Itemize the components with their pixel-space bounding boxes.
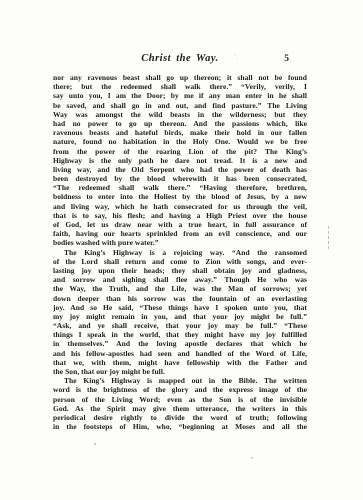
text-line: Highway is the only path he dare not tre…: [53, 156, 307, 165]
text-line: of God, let us draw near with a true hea…: [53, 220, 307, 229]
paragraph: The King’s Highway is a rejoicing way. “…: [53, 248, 307, 377]
text-line: and living way, which he hath consecrate…: [53, 202, 307, 211]
text-line: boldness to enter into the Holiest by th…: [53, 192, 307, 201]
text-line: living way, and the Old Serpent who had …: [53, 165, 307, 174]
text-line: that is to say, his flesh; and having a …: [53, 211, 307, 220]
text-line: The King’s Highway is a rejoicing way. “…: [53, 248, 307, 257]
text-line: down deeper than his sorrow was the foun…: [53, 294, 307, 303]
text-line: from the power of the roaring Lion of th…: [53, 147, 307, 156]
text-line: in themselves.” And the loving apostle d…: [53, 339, 307, 348]
text-line: nature, found no habitation in the Holy …: [53, 137, 307, 146]
text-line: joy. And so He said, “These things have …: [53, 303, 307, 312]
text-block: nor any ravenous beast shall go up there…: [53, 73, 307, 431]
running-header: Christ the Way. 5: [53, 52, 307, 66]
text-line: faith, having our hearts sprinkled from …: [53, 229, 307, 238]
text-line: the Way, the Truth, and the Life, was th…: [53, 284, 307, 293]
text-line: be saved, and shall go in and out, and f…: [53, 101, 307, 110]
text-line: the Son, that our joy might be full.: [53, 367, 307, 376]
text-line: in the footsteps of Him, who, “beginning…: [53, 422, 307, 431]
text-line: lasting joy upon their heads; they shall…: [53, 266, 307, 275]
text-line: God. As the Spirit may give them utteran…: [53, 404, 307, 413]
paragraph: The King’s Highway is mapped out in the …: [53, 376, 307, 431]
text-line: ravenous beasts and hateful birds, make …: [53, 128, 307, 137]
text-line: word is the brightness of the glory and …: [53, 385, 307, 394]
text-line: periodical desire rightly to divide the …: [53, 413, 307, 422]
scan-dash-artifact: [328, 226, 329, 249]
text-line: bodies washed with pure water.”: [53, 238, 307, 247]
text-line: of the Lord shall return and come to Zio…: [53, 257, 307, 266]
text-line: and sorrow and sighing shall flee away.”…: [53, 275, 307, 284]
paragraph: nor any ravenous beast shall go up there…: [53, 73, 307, 248]
text-line: “The redeemed shall walk there.” “Having…: [53, 183, 307, 192]
running-title: Christ the Way.: [53, 52, 307, 65]
text-line: been destroyed by the blood wherewith it…: [53, 174, 307, 183]
scan-speck: [251, 457, 253, 459]
text-line: say unto you, I am the Door; by me if an…: [53, 91, 307, 100]
text-line: had no power to go up thereon. And the p…: [53, 119, 307, 128]
text-line: there; but the redeemed shall walk there…: [53, 82, 307, 91]
text-line: my joy might remain in you, and that you…: [53, 312, 307, 321]
page-number: 5: [284, 53, 289, 65]
text-line: things I speak in the world, that they m…: [53, 330, 307, 339]
text-line: that we, with them, might have fellowshi…: [53, 358, 307, 367]
book-page: Christ the Way. 5 nor any ravenous beast…: [0, 0, 363, 500]
text-line: Way was amongst the wild beasts in the w…: [53, 110, 307, 119]
scan-speck: [94, 443, 96, 445]
text-line: nor any ravenous beast shall go up there…: [53, 73, 307, 82]
text-line: “Ask, and ye shall receive, that your jo…: [53, 321, 307, 330]
text-line: and his fellow-apostles had seen and han…: [53, 349, 307, 358]
text-line: person of the Living Word; even as the S…: [53, 395, 307, 404]
text-line: The King’s Highway is mapped out in the …: [53, 376, 307, 385]
